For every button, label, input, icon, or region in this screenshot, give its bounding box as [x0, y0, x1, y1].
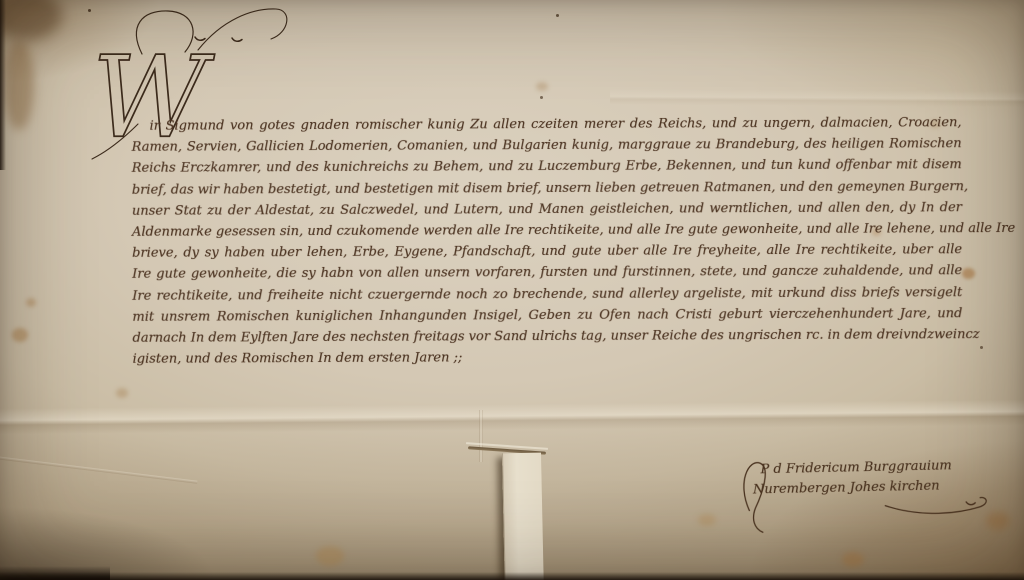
- photograph-of-charter: W ir Sigmund von gotes gnaden romischer …: [0, 0, 1024, 580]
- photo-edge-bottom: [0, 572, 1024, 580]
- chancery-note: P d Fridericum Burggrauium Nurembergen J…: [734, 447, 1006, 537]
- photo-edge-bottom-left: [0, 566, 110, 580]
- charter-line: igisten, und des Romischen In dem ersten…: [132, 345, 962, 370]
- seal-tag-strip: [502, 453, 544, 580]
- photo-edge-left: [0, 0, 6, 170]
- charter-photo-page: { "manuscript": { "initial": "W", "lines…: [0, 0, 1024, 580]
- charter-text-block: ir Sigmund von gotes gnaden romischer ku…: [131, 112, 962, 370]
- charter-line: darnach In dem Eylften Jare des nechsten…: [132, 324, 962, 349]
- charter-line: Ire gute gewonheite, die sy habn von all…: [132, 261, 962, 286]
- charter-line: Reichs Erczkamrer, und des kunichreichs …: [132, 155, 962, 180]
